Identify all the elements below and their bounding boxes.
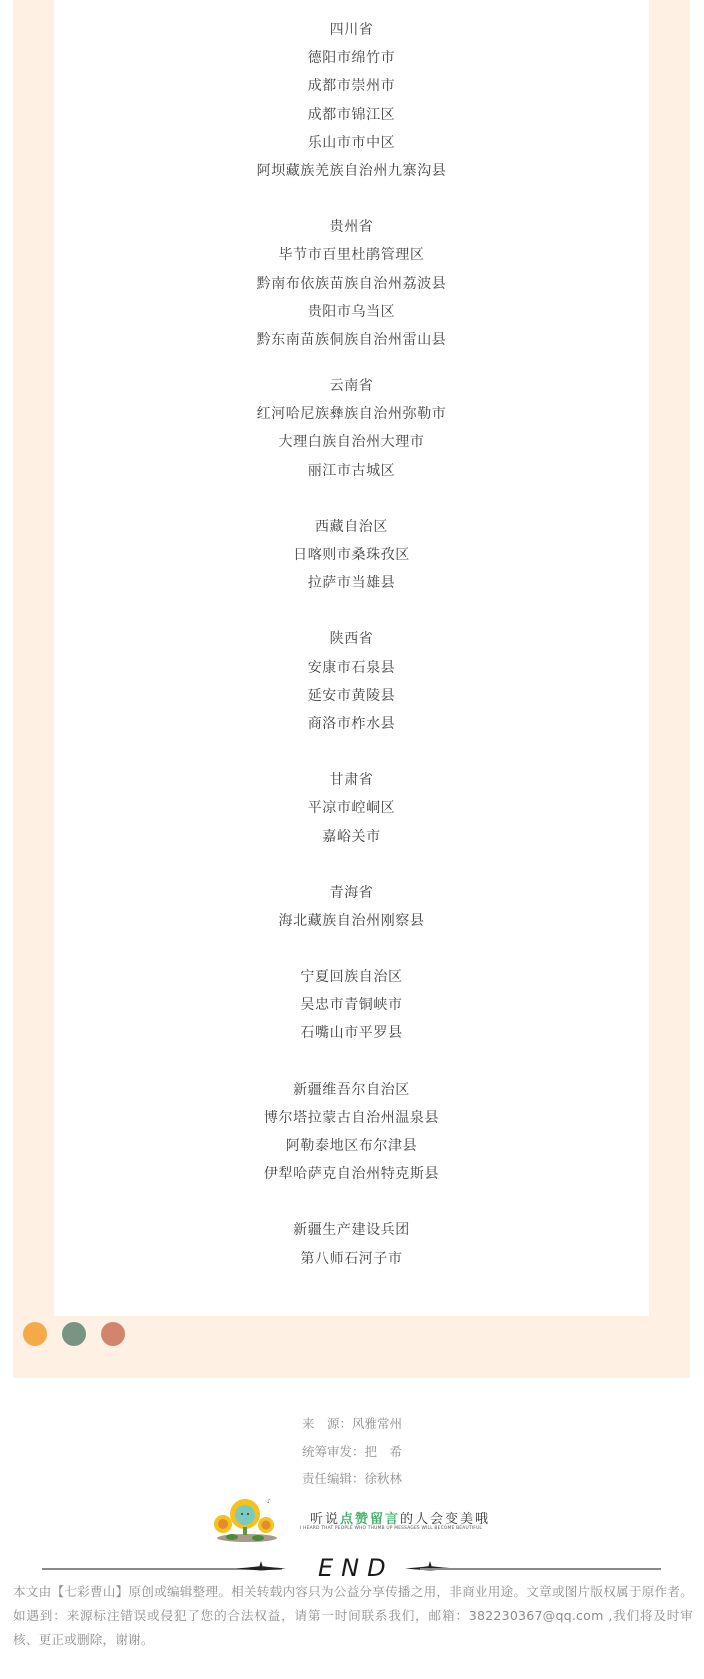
decorative-dot: [101, 1322, 125, 1346]
article-frame: 四川省德阳市绵竹市成都市崇州市成都市锦江区乐山市市中区阿坝藏族羌族自治州九寨沟县…: [13, 0, 690, 1378]
region-group: 甘肃省平凉市崆峒区嘉峪关市: [54, 766, 649, 851]
banner-title-post: 的人会变美哦: [400, 1512, 490, 1527]
banner-subtitle: I HEARD THAT PEOPLE WHO THUMB UP MESSAGE…: [300, 1526, 482, 1531]
place-item: 吴忠市青铜峡市: [54, 991, 649, 1019]
place-item: 阿坝藏族羌族自治州九寨沟县: [54, 157, 649, 185]
credit-review: 统筹审发：把 希: [0, 1438, 704, 1466]
region-group: 宁夏回族自治区吴忠市青铜峡市石嘴山市平罗县: [54, 963, 649, 1048]
province-heading: 甘肃省: [54, 766, 649, 794]
place-item: 拉萨市当雄县: [54, 569, 649, 597]
region-group: 陕西省安康市石泉县延安市黄陵县商洛市柞水县: [54, 625, 649, 738]
banner-title-pre: 听说: [310, 1512, 340, 1527]
province-heading: 贵州省: [54, 213, 649, 241]
decorative-dots: [23, 1322, 125, 1346]
group-spacer: [54, 1188, 649, 1216]
place-item: 成都市锦江区: [54, 101, 649, 129]
like-comment-banner: ♪ 听说点赞留言的人会变美哦 I HEARD THAT PEOPLE WHO T…: [212, 1494, 502, 1544]
place-item: 乐山市市中区: [54, 129, 649, 157]
region-group: 云南省红河哈尼族彝族自治州弥勒市大理白族自治州大理市丽江市古城区: [54, 372, 649, 485]
place-item: 成都市崇州市: [54, 72, 649, 100]
region-group: 新疆维吾尔自治区博尔塔拉蒙古自治州温泉县阿勒泰地区布尔津县伊犁哈萨克自治州特克斯…: [54, 1076, 649, 1189]
place-item: 延安市黄陵县: [54, 682, 649, 710]
divider-line-right: [420, 1568, 661, 1570]
banner-title: 听说点赞留言的人会变美哦: [310, 1508, 490, 1527]
place-item: 毕节市百里杜鹃管理区: [54, 241, 649, 269]
banner-title-highlight: 点赞留言: [340, 1512, 400, 1527]
place-item: 博尔塔拉蒙古自治州温泉县: [54, 1104, 649, 1132]
ornament-left-icon: [236, 1561, 286, 1575]
province-heading: 四川省: [54, 16, 649, 44]
end-label: END: [318, 1554, 392, 1582]
place-item: 嘉峪关市: [54, 823, 649, 851]
place-item: 丽江市古城区: [54, 457, 649, 485]
group-spacer: [54, 935, 649, 963]
region-group: 贵州省毕节市百里杜鹃管理区黔南布依族苗族自治州荔波县贵阳市乌当区黔东南苗族侗族自…: [54, 213, 649, 354]
place-item: 红河哈尼族彝族自治州弥勒市: [54, 400, 649, 428]
group-spacer: [54, 354, 649, 372]
region-group: 青海省海北藏族自治州刚察县: [54, 879, 649, 935]
article-card: 四川省德阳市绵竹市成都市崇州市成都市锦江区乐山市市中区阿坝藏族羌族自治州九寨沟县…: [54, 0, 649, 1316]
place-item: 黔东南苗族侗族自治州雷山县: [54, 326, 649, 354]
place-item: 海北藏族自治州刚察县: [54, 907, 649, 935]
place-item: 平凉市崆峒区: [54, 794, 649, 822]
credit-source: 来 源：风雅常州: [0, 1410, 704, 1438]
region-group: 西藏自治区日喀则市桑珠孜区拉萨市当雄县: [54, 513, 649, 598]
place-item: 日喀则市桑珠孜区: [54, 541, 649, 569]
credits: 来 源：风雅常州 统筹审发：把 希 责任编辑：徐秋林: [0, 1410, 704, 1493]
province-heading: 青海省: [54, 879, 649, 907]
province-heading: 新疆生产建设兵团: [54, 1216, 649, 1244]
copyright-disclaimer: 本文由【七彩曹山】原创或编辑整理。相关转载内容只为公益分享传播之用，非商业用途。…: [13, 1580, 693, 1652]
place-item: 安康市石泉县: [54, 654, 649, 682]
group-spacer: [54, 851, 649, 879]
region-list: 四川省德阳市绵竹市成都市崇州市成都市锦江区乐山市市中区阿坝藏族羌族自治州九寨沟县…: [54, 16, 649, 1273]
place-item: 第八师石河子市: [54, 1245, 649, 1273]
province-heading: 宁夏回族自治区: [54, 963, 649, 991]
decorative-dot: [23, 1322, 47, 1346]
group-spacer: [54, 597, 649, 625]
place-item: 石嘴山市平罗县: [54, 1019, 649, 1047]
region-group: 新疆生产建设兵团第八师石河子市: [54, 1216, 649, 1272]
place-item: 商洛市柞水县: [54, 710, 649, 738]
province-heading: 云南省: [54, 372, 649, 400]
sunflower-icon: ♪: [212, 1494, 282, 1542]
province-heading: 新疆维吾尔自治区: [54, 1076, 649, 1104]
credit-editor: 责任编辑：徐秋林: [0, 1465, 704, 1493]
group-spacer: [54, 738, 649, 766]
group-spacer: [54, 185, 649, 213]
place-item: 贵阳市乌当区: [54, 298, 649, 326]
region-group: 四川省德阳市绵竹市成都市崇州市成都市锦江区乐山市市中区阿坝藏族羌族自治州九寨沟县: [54, 16, 649, 185]
group-spacer: [54, 1048, 649, 1076]
svg-text:♪: ♪: [267, 1498, 271, 1505]
province-heading: 陕西省: [54, 625, 649, 653]
decorative-dot: [62, 1322, 86, 1346]
place-item: 伊犁哈萨克自治州特克斯县: [54, 1160, 649, 1188]
place-item: 黔南布依族苗族自治州荔波县: [54, 270, 649, 298]
group-spacer: [54, 485, 649, 513]
place-item: 德阳市绵竹市: [54, 44, 649, 72]
place-item: 阿勒泰地区布尔津县: [54, 1132, 649, 1160]
province-heading: 西藏自治区: [54, 513, 649, 541]
place-item: 大理白族自治州大理市: [54, 428, 649, 456]
